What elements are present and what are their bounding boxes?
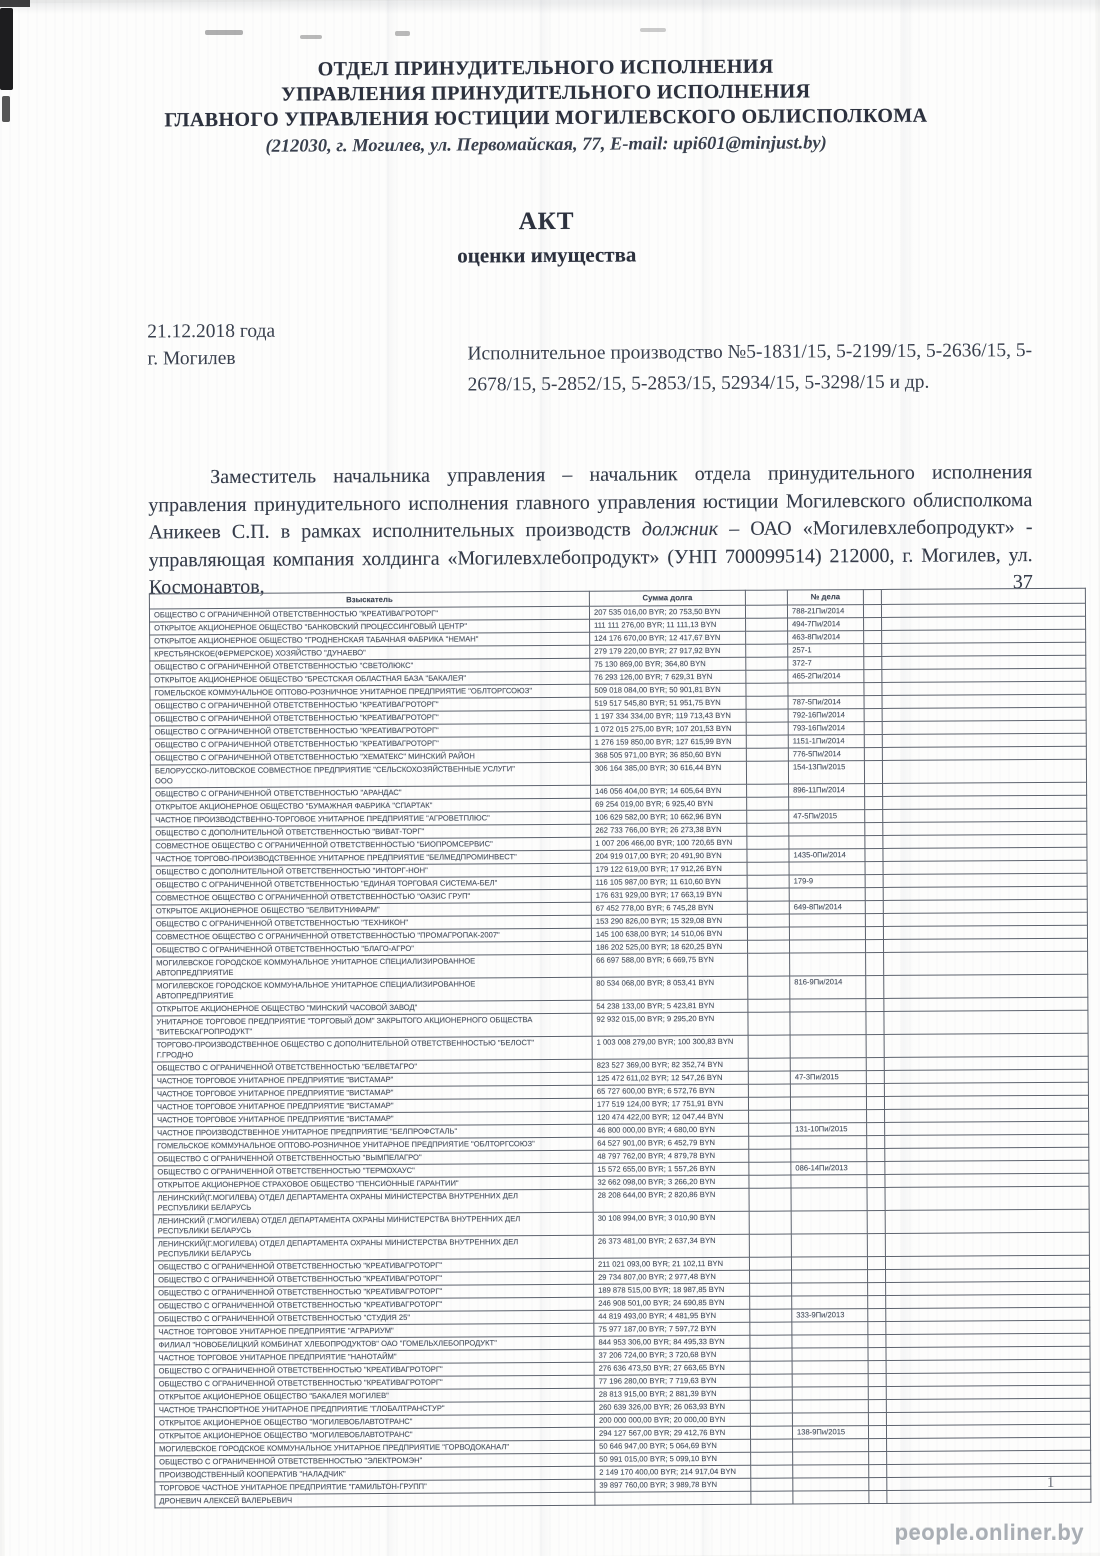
- empty-cell: [882, 746, 1086, 760]
- org-header-line3: ГЛАВНОГО УПРАВЛЕНИЯ ЮСТИЦИИ МОГИЛЕВСКОГО…: [0, 103, 1096, 135]
- empty-cell: [886, 1307, 1090, 1321]
- spacer-cell-1: [747, 888, 789, 901]
- sum-cell: 116 105 987,00 BYR; 11 610,60 BYN: [591, 875, 747, 889]
- spacer-cell-2: [867, 1256, 885, 1269]
- column-spacer-2: [863, 589, 881, 604]
- sum-cell: 211 021 093,00 BYR; 21 102,11 BYN: [593, 1257, 749, 1271]
- empty-cell: [883, 886, 1087, 900]
- spacer-cell-2: [864, 669, 882, 682]
- empty-cell: [883, 795, 1087, 809]
- sum-cell: 260 639 326,00 BYR; 26 063,93 BYN: [594, 1400, 750, 1414]
- spacer-cell-2: [868, 1412, 886, 1425]
- spacer-cell-1: [748, 1035, 790, 1058]
- sum-cell: 276 636 473,50 BYR; 27 663,65 BYN: [594, 1361, 750, 1375]
- sum-cell: 509 018 084,00 BYR; 50 901,81 BYN: [590, 683, 746, 697]
- empty-cell: [883, 873, 1087, 887]
- spacer-cell-1: [747, 862, 789, 875]
- spacer-cell-2: [867, 1161, 885, 1174]
- spacer-cell-2: [865, 861, 883, 874]
- sum-cell: 92 932 015,00 BYR; 9 295,20 BYN: [592, 1012, 748, 1036]
- case-number-cell: [792, 1296, 868, 1309]
- spacer-cell-1: [746, 696, 788, 709]
- empty-cell: [885, 1232, 1089, 1256]
- spacer-cell-1: [748, 976, 790, 999]
- sum-cell: 519 517 545,80 BYR; 51 951,75 BYN: [590, 696, 746, 710]
- empty-cell: [884, 1056, 1088, 1070]
- case-number-cell: 463-8Пи/2014: [788, 631, 864, 644]
- spacer-cell-2: [866, 975, 884, 998]
- spacer-cell-2: [868, 1373, 886, 1386]
- empty-cell: [882, 655, 1086, 669]
- sum-cell: 106 629 582,00 BYR; 10 662,96 BYN: [591, 810, 747, 824]
- spacer-cell-1: [749, 1257, 791, 1270]
- spacer-cell-2: [868, 1334, 886, 1347]
- sum-cell: 1 197 334 334,00 BYR; 119 713,43 BYN: [590, 709, 746, 723]
- column-header-case: № дела: [787, 590, 863, 605]
- empty-cell: [884, 1033, 1088, 1057]
- spacer-cell-2: [865, 783, 883, 796]
- scan-artifact-corner: [0, 0, 30, 7]
- spacer-cell-2: [868, 1308, 886, 1321]
- case-number-cell: [793, 1465, 869, 1478]
- spacer-cell-1: [750, 1335, 792, 1348]
- empty-cell: [884, 974, 1088, 998]
- case-number-cell: [791, 1211, 867, 1234]
- empty-cell: [885, 1108, 1089, 1122]
- empty-cell: [883, 899, 1087, 913]
- sum-cell: 823 527 369,00 BYR; 82 352,74 BYN: [592, 1058, 748, 1072]
- sum-cell: 2 149 170 400,00 BYR; 214 917,04 BYN: [595, 1465, 751, 1479]
- spacer-cell-2: [867, 1233, 885, 1256]
- spacer-cell-1: [750, 1348, 792, 1361]
- case-number-cell: [790, 1058, 866, 1071]
- case-number-cell: 47-3Пи/2015: [790, 1071, 866, 1084]
- scan-artifact-dash: [205, 30, 243, 35]
- empty-cell: [883, 912, 1087, 926]
- spacer-cell-2: [865, 939, 883, 952]
- case-number-cell: [790, 1084, 866, 1097]
- spacer-cell-2: [868, 1321, 886, 1334]
- body-paragraph: Заместитель начальника управления – нача…: [148, 459, 1033, 602]
- spacer-cell-2: [864, 760, 882, 783]
- empty-cell: [885, 1255, 1089, 1269]
- case-number-cell: [789, 927, 865, 940]
- sum-cell: 177 519 124,00 BYR; 17 751,91 BYN: [592, 1097, 748, 1111]
- sum-cell: 32 662 098,00 BYR; 3 266,20 BYN: [593, 1175, 749, 1189]
- spacer-cell-2: [867, 1109, 885, 1122]
- spacer-cell-2: [864, 695, 882, 708]
- empty-cell: [885, 1209, 1089, 1233]
- case-number-cell: 138-9Пи/2015: [792, 1426, 868, 1439]
- sum-cell: 75 977 187,00 BYR; 7 597,72 BYN: [594, 1322, 750, 1336]
- spacer-cell-1: [747, 901, 789, 914]
- case-number-cell: [791, 1110, 867, 1123]
- case-number-cell: 816-9Пи/2014: [790, 976, 866, 999]
- case-number-cell: 1435-0Пи/2014: [789, 849, 865, 862]
- empty-cell: [885, 1147, 1089, 1161]
- empty-cell: [882, 681, 1086, 695]
- empty-cell: [884, 1082, 1088, 1096]
- doc-date: 21.12.2018 года: [147, 318, 275, 346]
- empty-cell: [884, 997, 1088, 1011]
- spacer-cell-2: [869, 1490, 887, 1503]
- spacer-cell-2: [864, 734, 882, 747]
- empty-cell: [883, 821, 1087, 835]
- sum-cell: 64 527 901,00 BYR; 6 452,79 BYN: [593, 1136, 749, 1150]
- creditor-cell: МОГИЛЕВСКОЕ ГОРОДСКОЕ КОММУНАЛЬНОЕ УНИТА…: [152, 954, 592, 980]
- scan-artifact-left-streak: [0, 8, 13, 90]
- spacer-cell-2: [865, 874, 883, 887]
- spacer-cell-1: [749, 1188, 791, 1211]
- spacer-cell-1: [747, 836, 789, 849]
- empty-cell: [886, 1268, 1090, 1282]
- empty-cell: [882, 668, 1086, 682]
- empty-cell: [884, 1095, 1088, 1109]
- case-number-cell: [789, 836, 865, 849]
- empty-cell: [883, 847, 1087, 861]
- empty-cell: [886, 1424, 1090, 1438]
- column-empty: [881, 588, 1085, 604]
- spacer-cell-2: [866, 1034, 884, 1057]
- spacer-cell-1: [749, 1162, 791, 1175]
- sum-cell: 66 697 588,00 BYR; 6 669,75 BYN: [592, 953, 748, 977]
- empty-cell: [886, 1385, 1090, 1399]
- spacer-cell-1: [746, 631, 788, 644]
- spacer-cell-1: [748, 999, 790, 1012]
- creditor-cell: ЛЕНИНСКИЙ (Г.МОГИЛЕВА) ОТДЕЛ ДЕПАРТАМЕНТ…: [153, 1212, 593, 1238]
- spacer-cell-1: [746, 722, 788, 735]
- case-number-cell: [792, 1400, 868, 1413]
- meta-row: 21.12.2018 года г. Могилев Исполнительно…: [0, 313, 1098, 440]
- spacer-cell-1: [747, 927, 789, 940]
- spacer-cell-1: [748, 1058, 790, 1071]
- sum-cell: 279 179 220,00 BYR; 27 917,92 BYN: [590, 644, 746, 658]
- creditors-table: Взыскатель Сумма долга № дела ОБЩЕСТВО С…: [149, 588, 1092, 1509]
- sum-cell: 48 797 762,00 BYR; 4 879,78 BYN: [593, 1149, 749, 1163]
- spacer-cell-1: [746, 761, 788, 784]
- spacer-cell-2: [868, 1386, 886, 1399]
- spacer-cell-2: [865, 822, 883, 835]
- case-number-cell: [793, 1452, 869, 1465]
- debtor-word: должник: [642, 518, 718, 540]
- spacer-cell-2: [865, 900, 883, 913]
- sum-cell: 368 505 971,00 BYR; 36 850,60 BYN: [590, 748, 746, 762]
- spacer-cell-2: [864, 617, 882, 630]
- scan-artifact-dash: [300, 35, 322, 39]
- case-number-cell: [791, 1149, 867, 1162]
- creditor-cell: УНИТАРНОЕ ТОРГОВОЕ ПРЕДПРИЯТИЕ "ТОРГОВЫЙ…: [152, 1013, 592, 1039]
- sum-cell: 15 572 655,00 BYR; 1 557,26 BYN: [593, 1162, 749, 1176]
- sum-cell: 39 897 760,00 BYR; 3 989,78 BYN: [595, 1478, 751, 1492]
- spacer-cell-1: [749, 1123, 791, 1136]
- creditor-cell: БЕЛОРУССКО-ЛИТОВСКОЕ СОВМЕСТНОЕ ПРЕДПРИЯ…: [150, 762, 590, 788]
- case-number-cell: [789, 862, 865, 875]
- empty-cell: [882, 694, 1086, 708]
- case-number-cell: [792, 1322, 868, 1335]
- spacer-cell-1: [745, 605, 787, 618]
- spacer-cell-2: [867, 1174, 885, 1187]
- column-header-sum: Сумма долга: [589, 590, 745, 606]
- case-number-cell: [792, 1387, 868, 1400]
- spacer-cell-1: [751, 1491, 793, 1504]
- sum-cell: 65 727 600,00 BYR; 6 572,76 BYN: [592, 1084, 748, 1098]
- creditor-cell: ЛЕНИНСКИЙ(Г.МОГИЛЕВА) ОТДЕЛ ДЕПАРТАМЕНТА…: [153, 1189, 593, 1215]
- scanned-document-page: ОТДЕЛ ПРИНУДИТЕЛЬНОГО ИСПОЛНЕНИЯ УПРАВЛЕ…: [0, 0, 1100, 1556]
- spacer-cell-1: [746, 709, 788, 722]
- scan-artifact-dash: [395, 31, 410, 36]
- case-number-cell: 787-5Пи/2014: [788, 696, 864, 709]
- sum-cell: 176 631 929,00 BYR; 17 663,19 BYN: [591, 888, 747, 902]
- spacer-cell-1: [749, 1149, 791, 1162]
- spacer-cell-1: [749, 1136, 791, 1149]
- empty-cell: [882, 642, 1086, 656]
- case-number-cell: [791, 1234, 867, 1257]
- spacer-cell-2: [867, 1122, 885, 1135]
- empty-cell: [887, 1476, 1091, 1490]
- sum-cell: 200 000 000,00 BYR; 20 000,00 BYN: [594, 1413, 750, 1427]
- spacer-cell-1: [751, 1439, 793, 1452]
- empty-cell: [883, 938, 1087, 952]
- spacer-cell-2: [865, 809, 883, 822]
- case-number-cell: [793, 1491, 869, 1504]
- empty-cell: [883, 782, 1087, 796]
- spacer-cell-1: [746, 683, 788, 696]
- spacer-cell-1: [746, 670, 788, 683]
- sum-cell: 125 472 611,02 BYR; 12 547,26 BYN: [592, 1071, 748, 1085]
- spacer-cell-2: [865, 926, 883, 939]
- spacer-cell-1: [748, 1012, 790, 1035]
- spacer-cell-2: [864, 656, 882, 669]
- case-number-cell: 792-16Пи/2014: [788, 709, 864, 722]
- spacer-cell-1: [750, 1361, 792, 1374]
- spacer-cell-1: [750, 1400, 792, 1413]
- case-number-cell: [792, 1413, 868, 1426]
- case-number-cell: [789, 797, 865, 810]
- creditor-cell: ЛЕНИНСКИЙ(Г.МОГИЛЕВА) ОТДЕЛ ДЕПАРТАМЕНТА…: [153, 1235, 593, 1261]
- case-number-cell: [791, 1175, 867, 1188]
- spacer-cell-1: [747, 914, 789, 927]
- case-number-cell: [788, 683, 864, 696]
- sum-cell: 153 290 826,00 BYR; 15 329,08 BYN: [591, 914, 747, 928]
- spacer-cell-2: [866, 1096, 884, 1109]
- spacer-cell-2: [864, 708, 882, 721]
- empty-cell: [882, 759, 1086, 783]
- case-number-cell: [791, 1136, 867, 1149]
- spacer-cell-2: [865, 913, 883, 926]
- date-city-block: 21.12.2018 года г. Могилев: [147, 318, 275, 373]
- empty-cell: [883, 860, 1087, 874]
- spacer-cell-1: [746, 644, 788, 657]
- spacer-cell-2: [864, 682, 882, 695]
- sum-cell: 204 919 017,00 BYR; 20 491,90 BYN: [591, 849, 747, 863]
- sum-cell: 67 452 778,00 BYR; 6 745,28 BYN: [591, 901, 747, 915]
- sum-cell: 80 534 068,00 BYR; 8 053,41 BYN: [592, 976, 748, 1000]
- spacer-cell-1: [749, 1110, 791, 1123]
- spacer-cell-1: [747, 823, 789, 836]
- scan-artifact-left-streak-2: [2, 96, 10, 122]
- empty-cell: [886, 1398, 1090, 1412]
- spacer-cell-1: [747, 784, 789, 797]
- sum-cell: 306 164 385,00 BYR; 30 616,44 BYN: [590, 761, 746, 785]
- spacer-cell-2: [866, 998, 884, 1011]
- creditor-cell: МОГИЛЕВСКОЕ ГОРОДСКОЕ КОММУНАЛЬНОЕ УНИТА…: [152, 977, 592, 1003]
- sum-cell: 262 733 766,00 BYR; 26 273,38 BYN: [591, 823, 747, 837]
- spacer-cell-2: [868, 1360, 886, 1373]
- sum-cell: 1 072 015 275,00 BYR; 107 201,53 BYN: [590, 722, 746, 736]
- sum-cell: 189 878 515,00 BYR; 18 987,85 BYN: [594, 1283, 750, 1297]
- case-number-cell: 1151-1Пи/2014: [788, 735, 864, 748]
- empty-cell: [886, 1411, 1090, 1425]
- case-number-cell: 372-7: [788, 657, 864, 670]
- case-number-cell: [792, 1361, 868, 1374]
- spacer-cell-1: [747, 810, 789, 823]
- spacer-cell-2: [864, 643, 882, 656]
- spacer-cell-1: [750, 1413, 792, 1426]
- case-number-cell: [793, 1478, 869, 1491]
- org-address: (212030, г. Могилев, ул. Первомайская, 7…: [0, 132, 1096, 160]
- case-number-cell: 788-21Пи/2014: [787, 605, 863, 618]
- spacer-cell-1: [749, 1234, 791, 1257]
- spacer-cell-2: [868, 1399, 886, 1412]
- sum-cell: 50 991 015,00 BYR; 5 099,10 BYN: [595, 1452, 751, 1466]
- empty-cell: [883, 808, 1087, 822]
- empty-cell: [886, 1333, 1090, 1347]
- empty-cell: [886, 1359, 1090, 1373]
- sum-cell: 120 474 422,00 BYR; 12 047,44 BYN: [593, 1110, 749, 1124]
- spacer-cell-1: [747, 797, 789, 810]
- spacer-cell-1: [750, 1296, 792, 1309]
- empty-cell: [885, 1186, 1089, 1210]
- empty-cell: [883, 925, 1087, 939]
- sum-cell: 44 819 493,00 BYR; 4 481,95 BYN: [594, 1309, 750, 1323]
- empty-cell: [882, 707, 1086, 721]
- case-number-cell: 333-9Пи/2013: [792, 1309, 868, 1322]
- case-number-cell: 47-5Пи/2015: [789, 810, 865, 823]
- spacer-cell-1: [746, 618, 788, 631]
- sum-cell: 28 813 915,00 BYR; 2 881,39 BYN: [594, 1387, 750, 1401]
- spacer-cell-2: [868, 1295, 886, 1308]
- spacer-cell-2: [867, 1148, 885, 1161]
- sum-cell: 46 800 000,00 BYR; 4 680,00 BYN: [593, 1123, 749, 1137]
- sum-cell: 28 208 644,00 BYR; 2 820,86 BYN: [593, 1188, 749, 1212]
- case-number-cell: [792, 1270, 868, 1283]
- empty-cell: [886, 1320, 1090, 1334]
- doc-subtitle: оценки имущества: [0, 240, 1097, 272]
- spacer-cell-1: [747, 875, 789, 888]
- spacer-cell-1: [750, 1322, 792, 1335]
- case-number-cell: [792, 1374, 868, 1387]
- empty-cell: [885, 1121, 1089, 1135]
- spacer-cell-2: [865, 796, 883, 809]
- case-number-cell: [789, 940, 865, 953]
- empty-cell: [886, 1294, 1090, 1308]
- case-number-cell: [793, 1439, 869, 1452]
- empty-cell: [884, 1010, 1088, 1034]
- spacer-cell-2: [868, 1425, 886, 1438]
- spacer-cell-1: [750, 1426, 792, 1439]
- spacer-cell-1: [750, 1270, 792, 1283]
- spacer-cell-1: [746, 657, 788, 670]
- empty-cell: [883, 834, 1087, 848]
- case-number-cell: [790, 953, 866, 976]
- case-number-cell: [791, 1188, 867, 1211]
- case-number-cell: [790, 1012, 866, 1035]
- case-number-cell: 257-1: [788, 644, 864, 657]
- spacer-cell-2: [868, 1282, 886, 1295]
- case-number-cell: 793-16Пи/2014: [788, 722, 864, 735]
- empty-cell: [886, 1372, 1090, 1386]
- spacer-cell-2: [867, 1210, 885, 1233]
- empty-cell: [882, 733, 1086, 747]
- sum-cell: 54 238 133,00 BYR; 5 423,81 BYN: [592, 999, 748, 1013]
- creditors-table-wrap: Взыскатель Сумма долга № дела ОБЩЕСТВО С…: [149, 588, 1091, 1509]
- spacer-cell-2: [868, 1347, 886, 1360]
- spacer-cell-1: [747, 849, 789, 862]
- empty-cell: [886, 1281, 1090, 1295]
- sum-cell: [595, 1491, 751, 1505]
- spacer-cell-1: [748, 953, 790, 976]
- case-number-cell: 776-5Пи/2014: [788, 748, 864, 761]
- case-number-cell: 896-11Пи/2014: [789, 784, 865, 797]
- sum-cell: 246 908 501,00 BYR; 24 690,85 BYN: [594, 1296, 750, 1310]
- case-number-cell: [789, 888, 865, 901]
- spacer-cell-1: [748, 1097, 790, 1110]
- spacer-cell-2: [864, 747, 882, 760]
- case-number-cell: [789, 914, 865, 927]
- spacer-cell-2: [864, 721, 882, 734]
- case-number-cell: [792, 1335, 868, 1348]
- sum-cell: 76 293 126,00 BYR; 7 629,31 BYN: [590, 670, 746, 684]
- case-number-cell: 179-9: [789, 875, 865, 888]
- spacer-cell-1: [750, 1309, 792, 1322]
- empty-cell: [885, 1160, 1089, 1174]
- spacer-cell-2: [866, 952, 884, 975]
- empty-cell: [882, 720, 1086, 734]
- case-number-cell: [790, 1097, 866, 1110]
- case-number-cell: [790, 999, 866, 1012]
- case-number-cell: [792, 1348, 868, 1361]
- sum-cell: 77 196 280,00 BYR; 7 719,63 BYN: [594, 1374, 750, 1388]
- sum-cell: 179 122 619,00 BYR; 17 912,26 BYN: [591, 862, 747, 876]
- empty-cell: [885, 1173, 1089, 1187]
- spacer-cell-1: [749, 1211, 791, 1234]
- sum-cell: 1 276 159 850,00 BYR; 127 615,99 BYN: [590, 735, 746, 749]
- empty-cell: [887, 1437, 1091, 1451]
- spacer-cell-2: [866, 1011, 884, 1034]
- spacer-cell-1: [748, 1071, 790, 1084]
- spacer-cell-2: [867, 1135, 885, 1148]
- spacer-cell-1: [750, 1283, 792, 1296]
- sum-cell: 1 007 206 466,00 BYR; 100 720,65 BYN: [591, 836, 747, 850]
- spacer-cell-2: [865, 835, 883, 848]
- empty-cell: [882, 629, 1086, 643]
- creditor-cell: ТОРГОВО-ПРОИЗВОДСТВЕННОЕ ОБЩЕСТВО С ДОПО…: [152, 1036, 592, 1062]
- proceedings-block: Исполнительное производство №5-1831/15, …: [467, 335, 1033, 400]
- spacer-cell-1: [750, 1374, 792, 1387]
- sum-cell: 26 373 481,00 BYR; 2 637,34 BYN: [593, 1234, 749, 1258]
- sum-cell: 50 646 947,00 BYR; 5 064,69 BYN: [595, 1439, 751, 1453]
- sum-cell: 30 108 994,00 BYR; 3 010,90 BYN: [593, 1211, 749, 1235]
- sum-cell: 207 535 016,00 BYR; 20 753,50 BYN: [589, 605, 745, 619]
- spacer-cell-2: [869, 1438, 887, 1451]
- empty-cell: [882, 616, 1086, 630]
- spacer-cell-2: [863, 604, 881, 617]
- doc-title: АКТ: [0, 205, 1097, 240]
- watermark: people.onliner.by: [895, 1520, 1084, 1546]
- spacer-cell-2: [866, 1083, 884, 1096]
- sum-cell: 37 206 724,00 BYR; 3 720,68 BYN: [594, 1348, 750, 1362]
- spacer-cell-2: [869, 1464, 887, 1477]
